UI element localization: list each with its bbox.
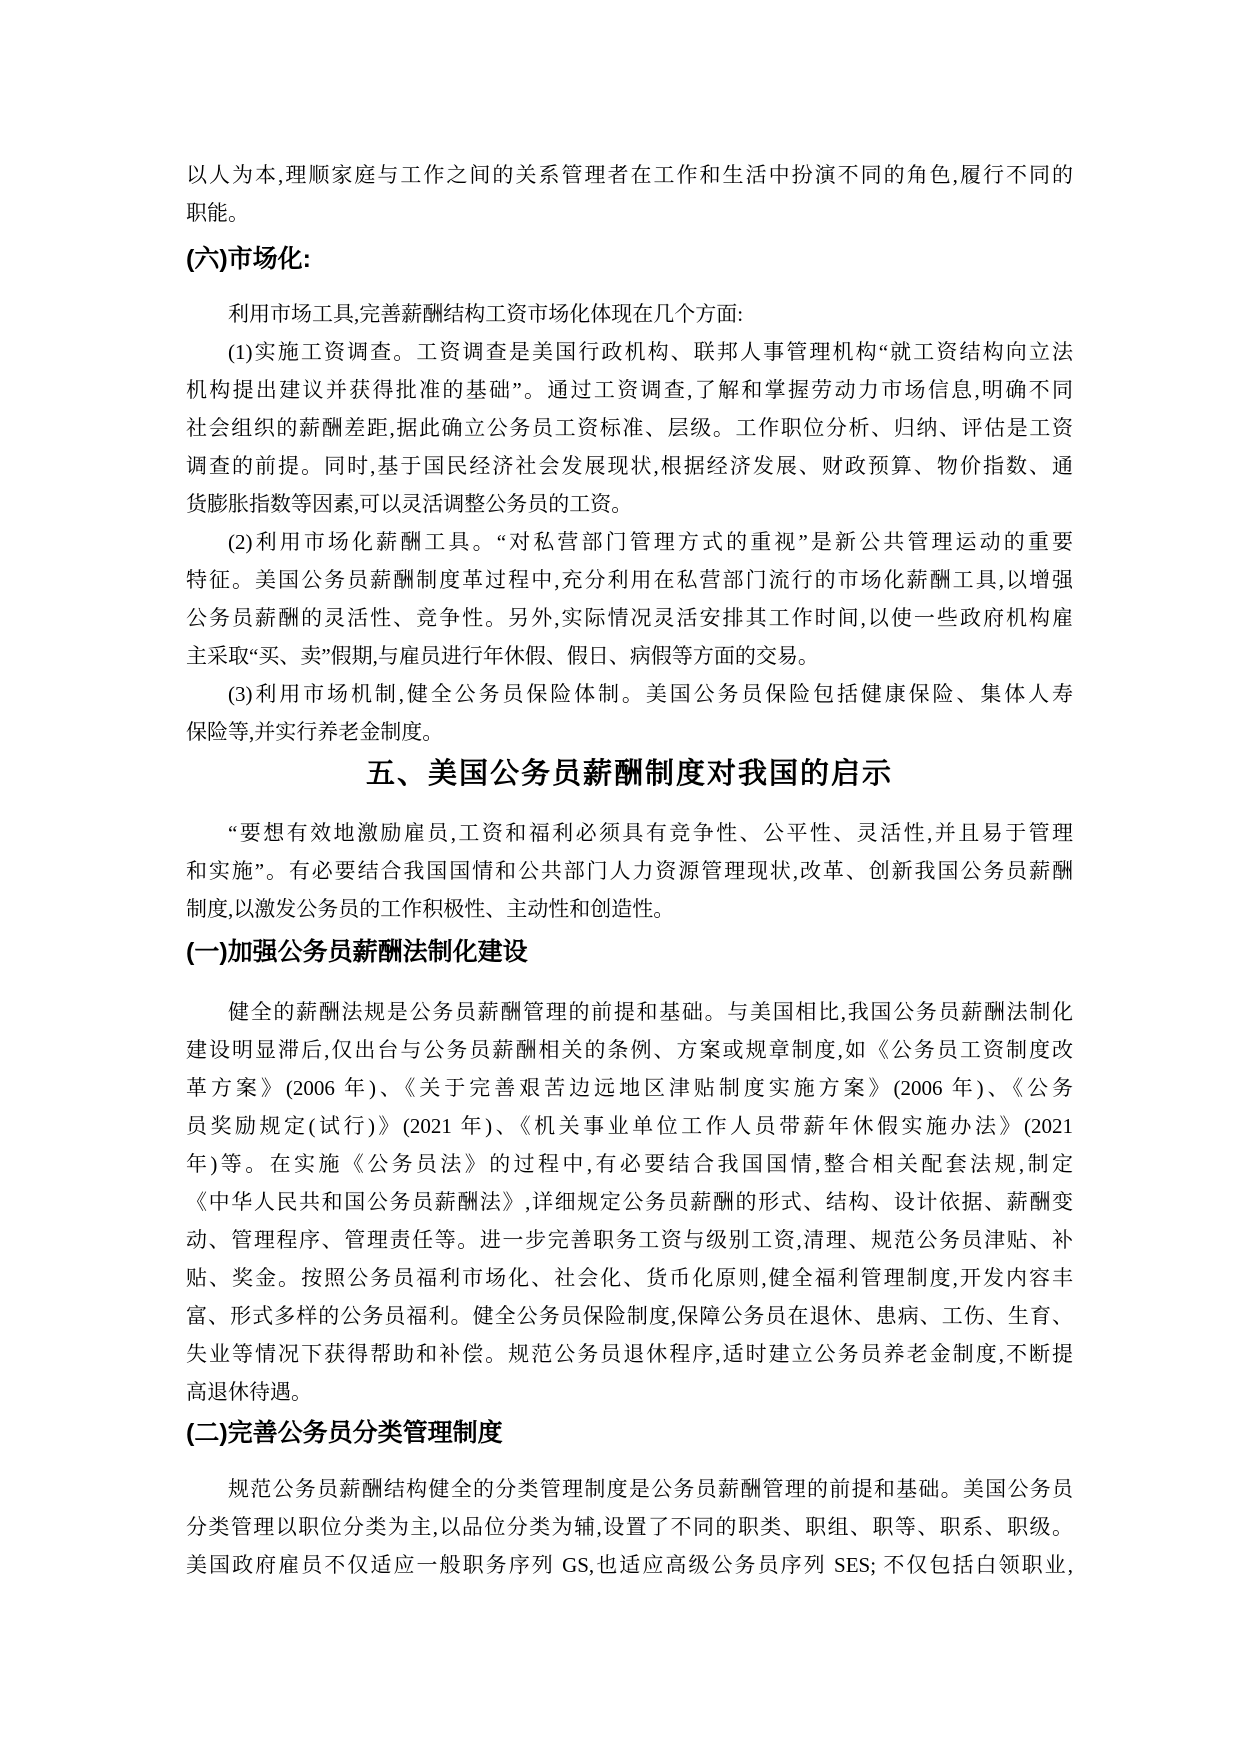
text-line: 公务员薪酬的灵活性、竞争性。另外,实际情况灵活安排其工作时间,以使一些政府机构雇 [186,599,1073,637]
text-line: 建设明显滞后,仅出台与公务员薪酬相关的条例、方案或规章制度,如《公务员工资制度改 [186,1031,1073,1069]
text-line: 特征。美国公务员薪酬制度革过程中,充分利用在私营部门流行的市场化薪酬工具,以增强 [186,561,1073,599]
text-line: 制度,以激发公务员的工作积极性、主动性和创造性。 [186,890,1073,928]
text-line: 健全的薪酬法规是公务员薪酬管理的前提和基础。与美国相比,我国公务员薪酬法制化 [186,993,1073,1031]
text-line: 高退休待遇。 [186,1373,1073,1411]
paragraph-quote-motivation: “要想有效地激励雇员,工资和福利必须具有竞争性、公平性、灵活性,并且易于管理和实… [186,814,1073,928]
chapter-title-section-5: 五、美国公务员薪酬制度对我国的启示 [186,751,1073,797]
paragraph-item-3-market-mechanism: (3)利用市场机制,健全公务员保险体制。美国公务员保险包括健康保险、集体人寿保险… [186,675,1073,751]
paragraph-item-1-wage-survey: (1)实施工资调查。工资调查是美国行政机构、联邦人事管理机构“就工资结构向立法机… [186,333,1073,523]
paragraph-market-intro: 利用市场工具,完善薪酬结构工资市场化体现在几个方面: [186,295,1073,333]
text-line: 动、管理程序、管理责任等。进一步完善职务工资与级别工资,清理、规范公务员津贴、补 [186,1221,1073,1259]
text-line: 以人为本,理顺家庭与工作之间的关系管理者在工作和生活中扮演不同的角色,履行不同的 [186,156,1073,194]
text-line: 分类管理以职位分类为主,以品位分类为辅,设置了不同的职类、职组、职等、职系、职级… [186,1508,1073,1546]
text-line: 保险等,并实行养老金制度。 [186,713,1073,751]
paragraph-legalization-detail: 健全的薪酬法规是公务员薪酬管理的前提和基础。与美国相比,我国公务员薪酬法制化建设… [186,993,1073,1411]
text-line: “要想有效地激励雇员,工资和福利必须具有竞争性、公平性、灵活性,并且易于管理 [186,814,1073,852]
document-page: 以人为本,理顺家庭与工作之间的关系管理者在工作和生活中扮演不同的角色,履行不同的… [0,0,1241,1754]
paragraph-item-2-market-pay-tools: (2)利用市场化薪酬工具。“对私营部门管理方式的重视”是新公共管理运动的重要特征… [186,523,1073,675]
text-line: 利用市场工具,完善薪酬结构工资市场化体现在几个方面: [186,295,1073,333]
text-line: 革方案》(2006 年)、《关于完善艰苦边远地区津贴制度实施方案》(2006 年… [186,1069,1073,1107]
text-line: (2)利用市场化薪酬工具。“对私营部门管理方式的重视”是新公共管理运动的重要 [186,523,1073,561]
text-line: 主采取“买、卖”假期,与雇员进行年休假、假日、病假等方面的交易。 [186,637,1073,675]
text-line: 失业等情况下获得帮助和补偿。规范公务员退休程序,适时建立公务员养老金制度,不断提 [186,1335,1073,1373]
text-line: 规范公务员薪酬结构健全的分类管理制度是公务员薪酬管理的前提和基础。美国公务员 [186,1470,1073,1508]
text-line: 员奖励规定(试行)》(2021 年)、《机关事业单位工作人员带薪年休假实施办法》… [186,1107,1073,1145]
paragraph-classification-detail: 规范公务员薪酬结构健全的分类管理制度是公务员薪酬管理的前提和基础。美国公务员分类… [186,1470,1073,1584]
text-line: 《中华人民共和国公务员薪酬法》,详细规定公务员薪酬的形式、结构、设计依据、薪酬变 [186,1183,1073,1221]
text-line: 机构提出建议并获得批准的基础”。通过工资调查,了解和掌握劳动力市场信息,明确不同 [186,371,1073,409]
text-line: 年)等。在实施《公务员法》的过程中,有必要结合我国国情,整合相关配套法规,制定 [186,1145,1073,1183]
text-line: 调查的前提。同时,基于国民经济社会发展现状,根据经济发展、财政预算、物价指数、通 [186,447,1073,485]
text-line: 贴、奖金。按照公务员福利市场化、社会化、货币化原则,健全福利管理制度,开发内容丰 [186,1259,1073,1297]
text-line: 货膨胀指数等因素,可以灵活调整公务员的工资。 [186,485,1073,523]
paragraph-continuation: 以人为本,理顺家庭与工作之间的关系管理者在工作和生活中扮演不同的角色,履行不同的… [186,156,1073,232]
text-line: (1)实施工资调查。工资调查是美国行政机构、联邦人事管理机构“就工资结构向立法 [186,333,1073,371]
text-line: 美国政府雇员不仅适应一般职务序列 GS,也适应高级公务员序列 SES; 不仅包括… [186,1546,1073,1584]
text-line: 职能。 [186,194,1073,232]
heading-section-6-marketization: (六)市场化: [186,239,1073,279]
text-line: 和实施”。有必要结合我国国情和公共部门人力资源管理现状,改革、创新我国公务员薪酬 [186,852,1073,890]
heading-subsection-2-classification: (二)完善公务员分类管理制度 [186,1413,1073,1453]
text-line: 富、形式多样的公务员福利。健全公务员保险制度,保障公务员在退休、患病、工伤、生育… [186,1297,1073,1335]
text-line: (3)利用市场机制,健全公务员保险体制。美国公务员保险包括健康保险、集体人寿 [186,675,1073,713]
text-line: 社会组织的薪酬差距,据此确立公务员工资标准、层级。工作职位分析、归纳、评估是工资 [186,409,1073,447]
heading-subsection-1-legalization: (一)加强公务员薪酬法制化建设 [186,932,1073,972]
